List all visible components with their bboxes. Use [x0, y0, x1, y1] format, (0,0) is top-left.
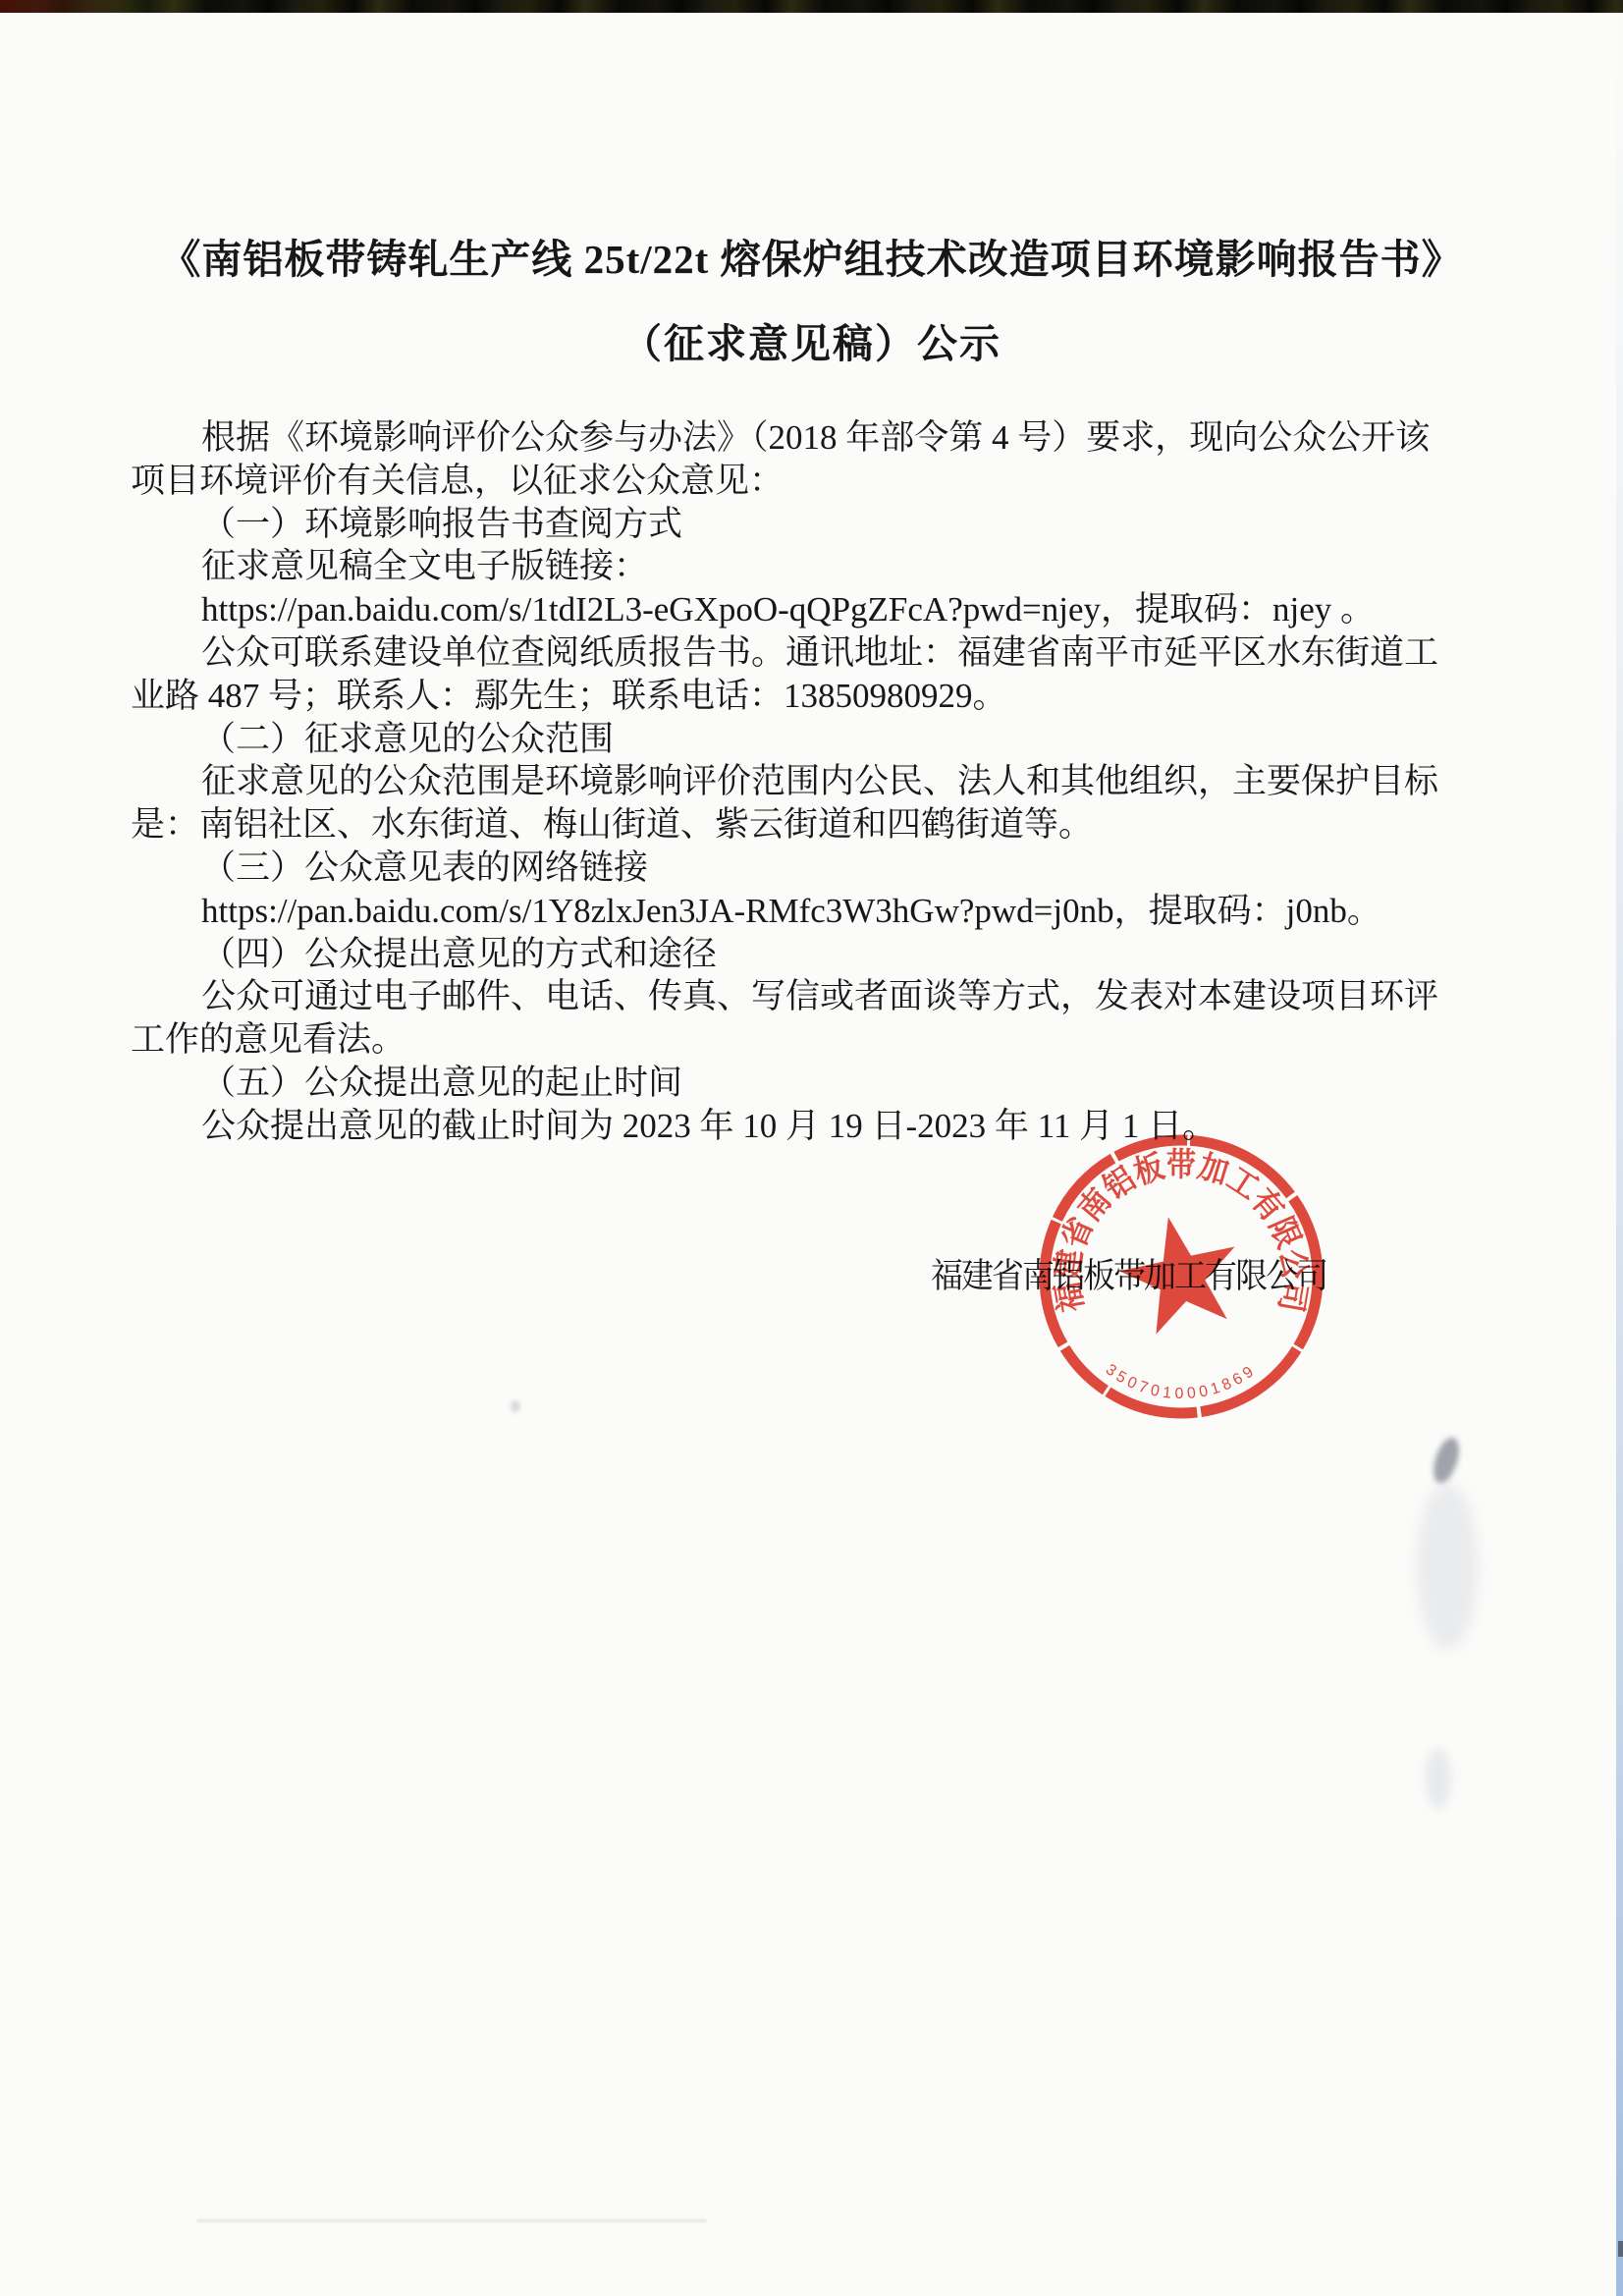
scan-artifact-right-edge	[1616, 0, 1623, 2296]
body-line: 是：南铝社区、水东街道、梅山街道、紫云街道和四鹤街道等。	[131, 803, 1486, 847]
document-body: 根据《环境影响评价公众参与办法》（2018 年部令第 4 号）要求，现向公众公开…	[131, 416, 1486, 1148]
seal-star-icon	[1119, 1217, 1234, 1334]
body-line: （二）征求意见的公众范围	[131, 718, 1486, 761]
scan-smudge	[1429, 1435, 1464, 1486]
body-line: （三）公众意见表的网络链接	[131, 847, 1486, 890]
body-line: 公众可联系建设单位查阅纸质报告书。通讯地址：福建省南平市延平区水东街道工	[131, 631, 1486, 675]
scan-artifact-top-band	[0, 0, 1623, 13]
body-line: https://pan.baidu.com/s/1Y8zlxJen3JA-RMf…	[131, 890, 1486, 933]
body-line: 根据《环境影响评价公众参与办法》（2018 年部令第 4 号）要求，现向公众公开…	[131, 416, 1486, 460]
body-line: 业路 487 号；联系人：鄢先生；联系电话：13850980929。	[131, 675, 1486, 718]
scan-smudge	[511, 1400, 520, 1412]
scan-smudge	[1426, 1748, 1451, 1809]
document-page: 《南铝板带铸轧生产线 25t/22t 熔保炉组技术改造项目环境影响报告书》 （征…	[0, 0, 1623, 2296]
company-seal-stamp: 福建省南铝板带加工有限公司 3507010001869	[1029, 1122, 1333, 1432]
body-line: 项目环境评价有关信息，以征求公众意见：	[131, 460, 1486, 503]
body-line: 征求意见稿全文电子版链接：	[131, 545, 1486, 588]
document-title: 《南铝板带铸轧生产线 25t/22t 熔保炉组技术改造项目环境影响报告书》	[59, 227, 1564, 285]
scan-artifact-corner-speck	[1618, 2241, 1623, 2257]
body-line: 征求意见的公众范围是环境影响评价范围内公民、法人和其他组织，主要保护目标	[131, 760, 1486, 803]
body-line: （四）公众提出意见的方式和途径	[131, 933, 1486, 976]
scan-smudge	[196, 2219, 707, 2222]
body-line: （五）公众提出意见的起止时间	[131, 1062, 1486, 1105]
document-subtitle: （征求意见稿）公示	[59, 311, 1564, 369]
body-line: https://pan.baidu.com/s/1tdI2L3-eGXpoO-q…	[131, 588, 1486, 631]
body-line: 公众可通过电子邮件、电话、传真、写信或者面谈等方式，发表对本建设项目环评	[131, 975, 1486, 1018]
body-line: （一）环境影响报告书查阅方式	[131, 503, 1486, 546]
body-line: 工作的意见看法。	[131, 1018, 1486, 1062]
scan-smudge	[1417, 1483, 1478, 1650]
